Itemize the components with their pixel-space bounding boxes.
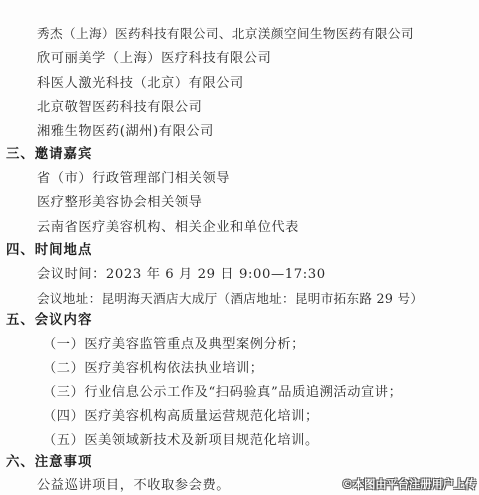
company-line: 秀杰（上海）医药科技有限公司、北京渼颜空间生物医药有限公司: [37, 26, 414, 42]
company-line: 北京敬智医药科技有限公司: [37, 100, 202, 116]
content-item: （三）行业信息公示工作及“扫码验真”品质追溯活动宣讲；: [43, 385, 402, 401]
guest-item: 云南省医疗美容机构、相关企业和单位代表: [37, 220, 299, 236]
section-heading-guests: 三、邀请嘉宾: [6, 147, 92, 163]
meeting-time: 会议时间：2023 年 6 月 29 日 9:00—17:30: [37, 267, 326, 283]
guest-item: 医疗整形美容协会相关领导: [37, 195, 202, 211]
content-item: （二）医疗美容机构依法执业培训；: [43, 361, 264, 377]
content-item: （一）医疗美容监管重点及典型案例分析；: [43, 337, 305, 353]
section-heading-content: 五、会议内容: [6, 313, 92, 329]
company-line: 欣可丽美学（上海）医疗科技有限公司: [37, 51, 271, 67]
meeting-address: 会议地址：昆明海天酒店大成厅（酒店地址：昆明市拓东路 29 号）: [37, 291, 423, 307]
watermark: ©本图由平台注册用户上传: [342, 476, 476, 492]
content-item: （四）医疗美容机构高质量运营规范化培训；: [43, 409, 319, 425]
content-item: （五）医美领域新技术及新项目规范化培训。: [43, 433, 319, 449]
notes-text: 公益巡讲项目，不收取参会费。: [37, 478, 230, 494]
document-page: 秀杰（上海）医药科技有限公司、北京渼颜空间生物医药有限公司 欣可丽美学（上海）医…: [0, 0, 479, 495]
guest-item: 省（市）行政管理部门相关领导: [37, 171, 230, 187]
section-heading-time-place: 四、时间地点: [6, 243, 92, 259]
company-line: 湘雅生物医药(湖州)有限公司: [37, 124, 214, 140]
company-line: 科医人激光科技（北京）有限公司: [37, 76, 244, 92]
section-heading-notes: 六、注意事项: [6, 455, 92, 471]
